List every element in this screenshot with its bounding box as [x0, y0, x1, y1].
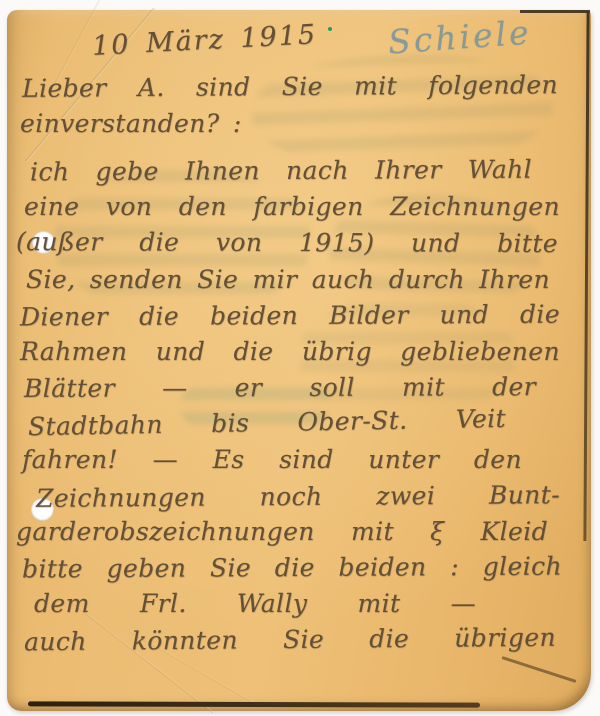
letter-line: Lieber A. sind Sie mit folgenden [22, 71, 558, 102]
letter-line: ich gebe Ihnen nach Ihrer Wahl [30, 156, 532, 186]
letter-line: Zeichnungen noch zwei Bunt- [36, 481, 560, 512]
letter-line: Diener die beiden Bilder und die [20, 301, 560, 331]
letter-line: Rahmen und die übrig gebliebenen [20, 338, 560, 366]
letter-line: dem Frl. Wally mit — [34, 590, 476, 618]
letter-line: fahren! — Es sind unter den [22, 446, 522, 474]
letter-line: eine von den farbigen Zeichnungen [24, 193, 560, 221]
letter-line: (außer die von 1915) und bitte [16, 228, 558, 257]
letter-line: Sie, senden Sie mir auch durch Ihren [26, 266, 550, 294]
green-speck [328, 27, 332, 31]
scanned-letter-page: Schiele 10 März 1915 Lieber A. sind Sie … [0, 0, 600, 716]
letter-line: auch könnten Sie die übrigen [24, 624, 556, 656]
letter-line: Blätter — er soll mit der [24, 373, 536, 402]
letter-line: einverstanden? : [20, 110, 242, 138]
letter-line: bitte geben Sie die beiden : gleich [22, 553, 562, 583]
letter-line: garderobszeichnungen mit ξ Kleid [16, 518, 548, 546]
